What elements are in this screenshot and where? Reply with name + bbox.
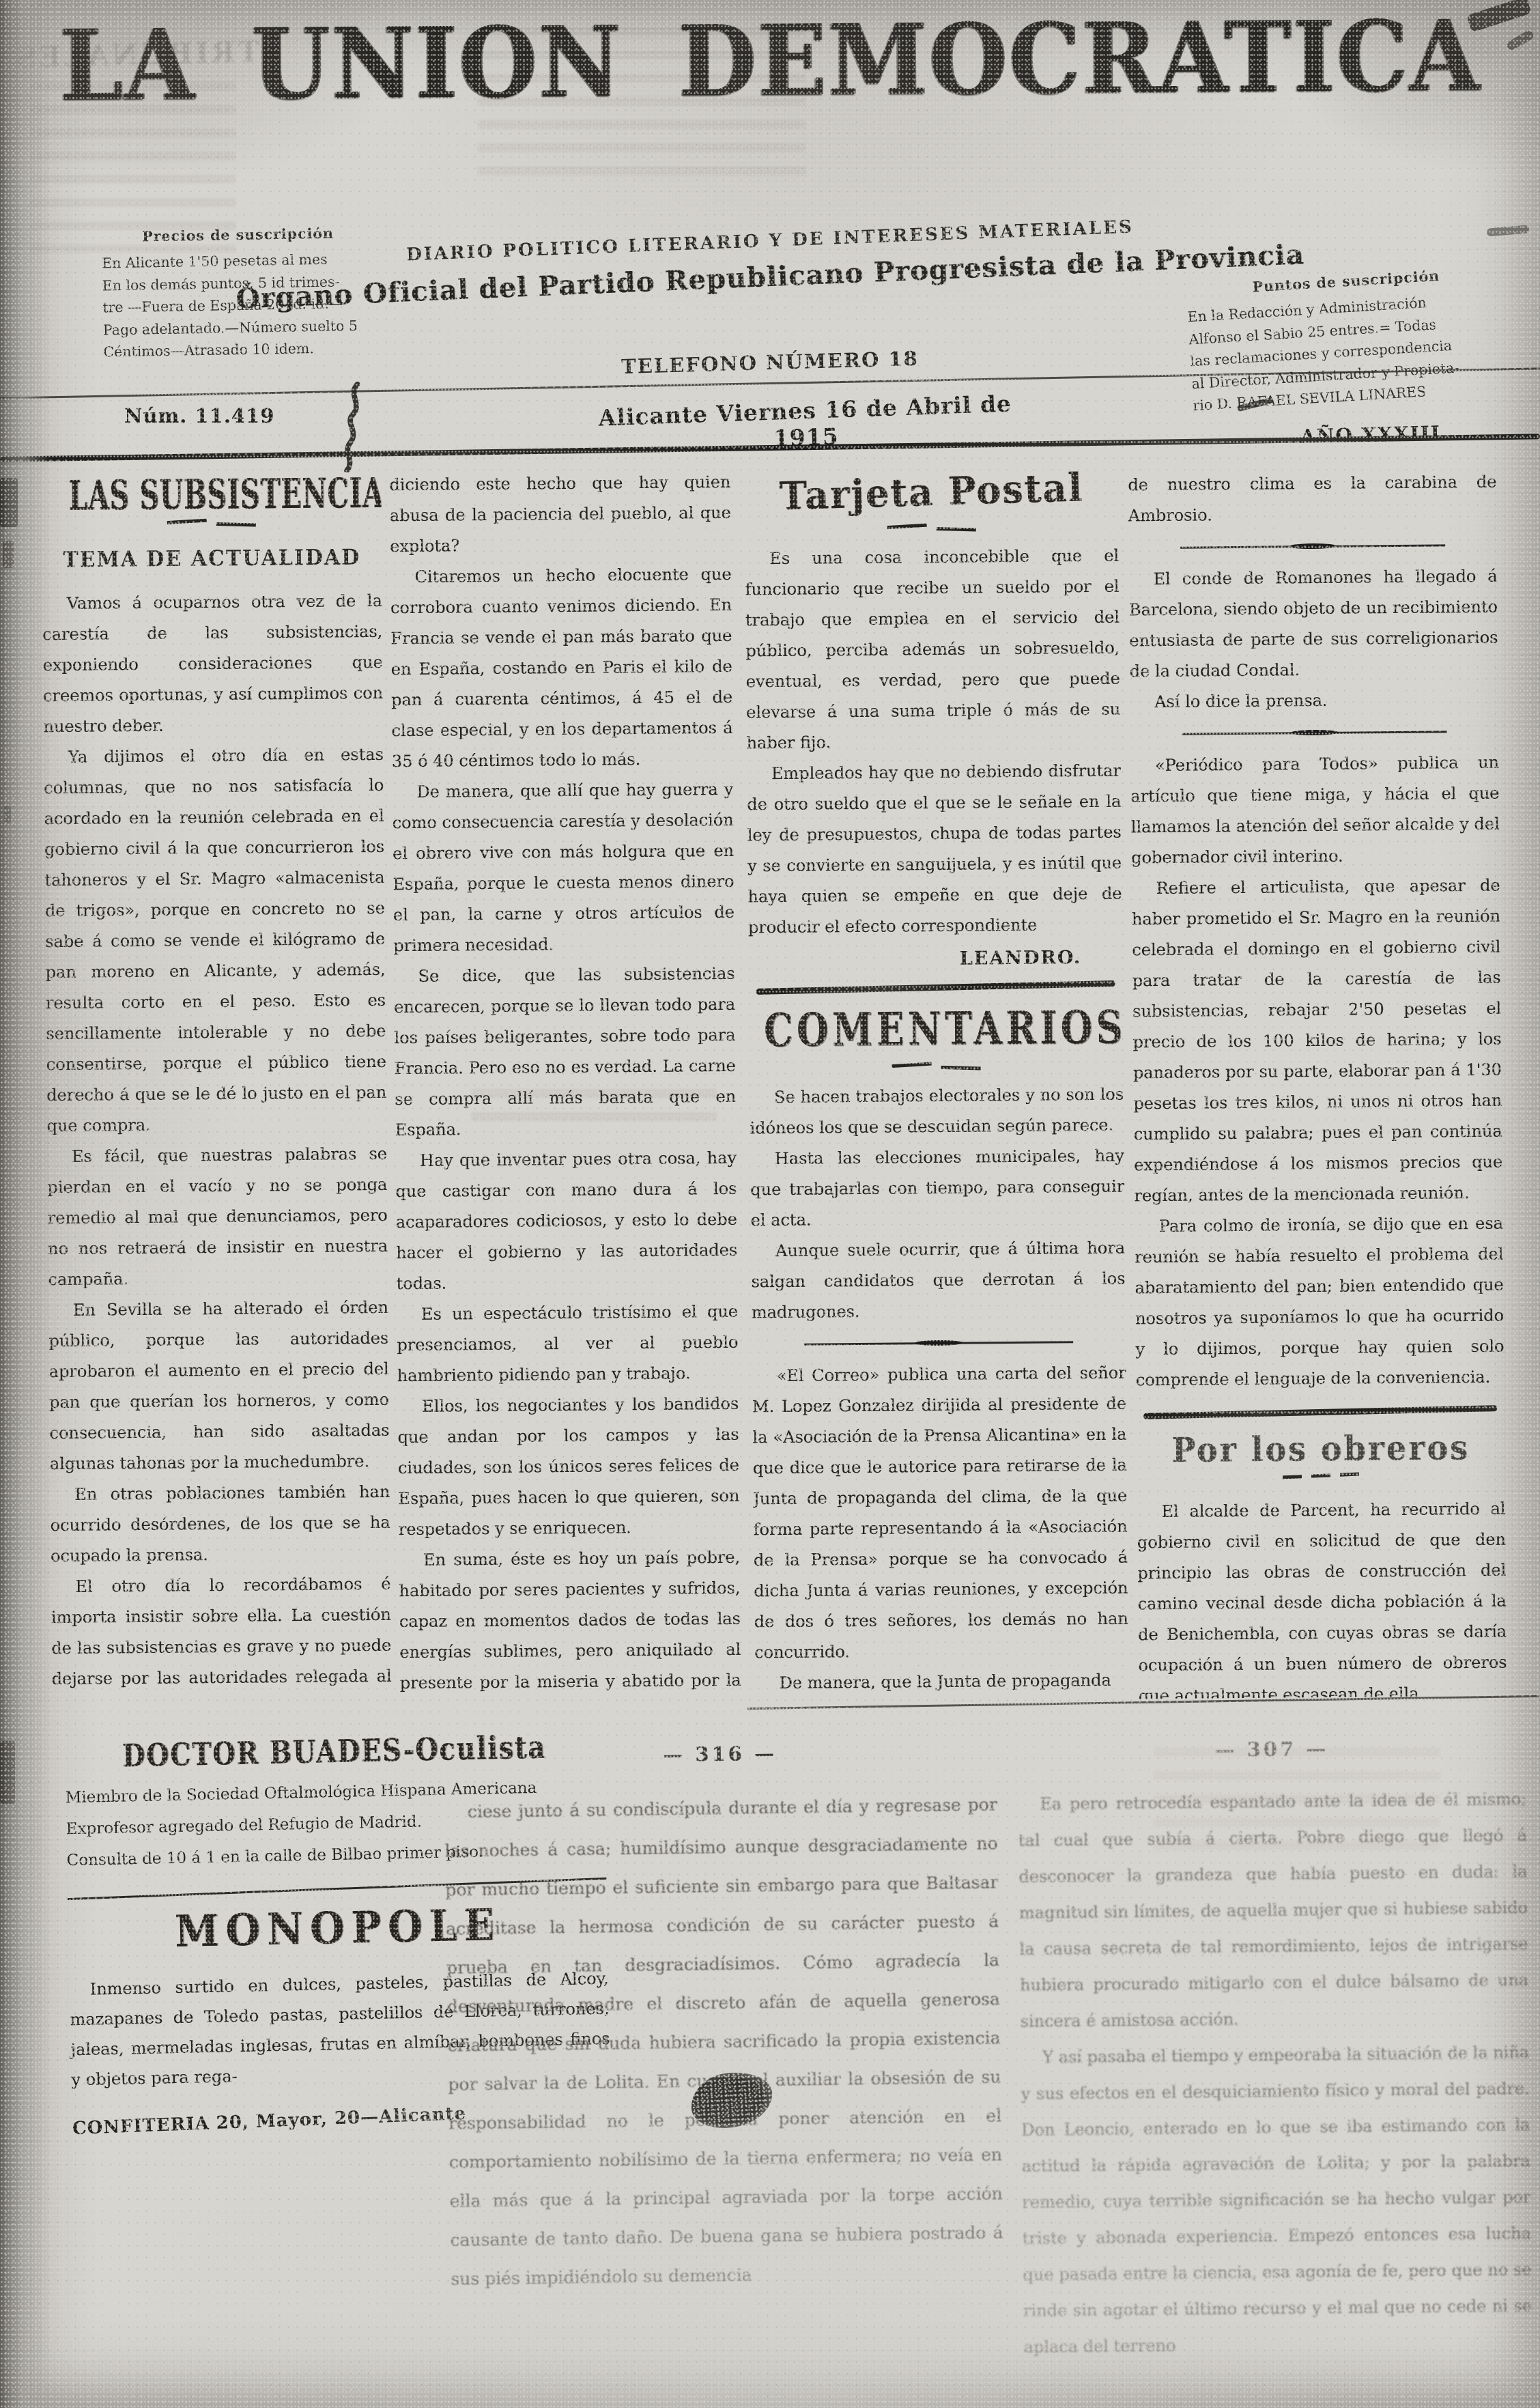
column-news-briefs: de nuestro clima es la carabina de Ambro… [1128, 467, 1507, 1699]
ink-squiggle [339, 380, 367, 473]
article-paragraph: En suma, éste es hoy un país pobre, habi… [399, 1542, 741, 1702]
book-gutter-shadow [0, 0, 51, 2408]
article-paragraph: Hay que inventar pues otra cosa, hay que… [395, 1143, 738, 1299]
section-rule-thick [756, 980, 1115, 995]
article-paragraph: De manera, que allí que hay guerra y com… [392, 774, 735, 961]
article-paragraph: Vamos á ocuparnos otra vez de la carestí… [42, 586, 384, 742]
newspaper-page: TRIBUNALES LA UNION DEMOCRATICA DIARIO P… [0, 0, 1540, 2408]
article-paragraph: Es un espectáculo tristísimo el que pres… [397, 1297, 739, 1391]
folletin-page-number: — 307 — [1017, 1735, 1526, 1763]
folletin-left-column: — 316 — ciese junto á su condiscípula du… [443, 1738, 1003, 2298]
divider-ornament [892, 1060, 981, 1073]
tarjeta-postal-headline: Tarjeta Postal [744, 467, 1119, 520]
article-paragraph: de nuestro clima es la carabina de Ambro… [1128, 467, 1497, 532]
article-paragraph: Ellos, los negociantes y los bandidos qu… [397, 1389, 740, 1545]
article-las-subsistencias-continued: diciendo este hecho que hay quien abusa … [389, 467, 741, 1702]
article-paragraph: «El Correo» publica una carta del señor … [752, 1358, 1128, 1669]
folletin-paragraph: ciese junto á su condiscípula durante el… [444, 1785, 1003, 2298]
article-headline: LAS SUBSISTENCIAS [68, 470, 354, 520]
article-paragraph: El conde de Romanones ha llegado á Barce… [1128, 561, 1498, 688]
article-paragraph: Ya dijimos el otro día en estas columnas… [44, 739, 387, 1142]
article-paragraph: Es fácil, que nuestras palabras se pierd… [47, 1139, 388, 1295]
article-paragraph: Hasta las elecciones municipales, hay qu… [750, 1141, 1125, 1236]
issue-number: Núm. 11.419 [124, 404, 274, 427]
article-signature: LEANDRO. [748, 947, 1122, 972]
lens-rule-ornament [1180, 541, 1446, 551]
folletin-right-column: — 307 — Ea pero retrocedía espantado ant… [1017, 1735, 1532, 2366]
subscription-points-box: Puntos de suscripción En la Redacción y … [1185, 261, 1513, 417]
lens-rule-ornament [804, 1337, 1074, 1348]
article-paragraph: Se hacen trabajos electorales y no son l… [750, 1079, 1124, 1144]
article-paragraph: diciendo este hecho que hay quien abusa … [389, 467, 731, 562]
article-paragraph: Empleados hay que no debiendo disfrutar … [747, 756, 1122, 944]
folletin-paragraph: Ea pero retrocedía espantado ante la ide… [1018, 1781, 1529, 2040]
edge-mark [0, 478, 18, 527]
dateline-year: AÑO XXXIII. [1300, 421, 1449, 448]
article-paragraph: Para colmo de ironía, se dijo que en esa… [1135, 1208, 1505, 1396]
comentarios-headline: COMENTARIOS [764, 1001, 1109, 1058]
edge-mark [4, 806, 11, 823]
divider-ornament [1283, 1473, 1359, 1479]
article-paragraph: Así lo dice la prensa. [1130, 684, 1498, 718]
article-paragraph: De manera, que la Junta de propaganda [754, 1665, 1128, 1699]
edge-mark [3, 541, 14, 568]
edge-mark [0, 1741, 15, 1804]
article-paragraph: Se dice, que las subsistencias encarecen… [393, 959, 736, 1146]
subscription-price-line: Céntimos—Atrasado 10 idem. [103, 336, 377, 363]
article-paragraph: Refiere el articulista, que apesar de ha… [1131, 870, 1502, 1212]
article-paragraph: Aunque suele ocurrir, que á última hora … [751, 1233, 1126, 1329]
folletin-paragraph: Y así pasaba el tiempo y empeoraba la si… [1021, 2035, 1532, 2366]
article-paragraph: Citaremos un hecho elocuente que corrobo… [390, 559, 733, 777]
article-paragraph: Es una cosa inconcebible que el funciona… [745, 541, 1121, 759]
article-paragraph: En Sevilla se ha alterado el órden públi… [48, 1292, 390, 1479]
por-los-obreros-headline: Por los obreros [1136, 1427, 1505, 1470]
article-paragraph: En otras poblaciones también han ocurrid… [50, 1477, 390, 1572]
article-paragraph: El alcalde de Parcent, ha recurrido al g… [1137, 1494, 1507, 1699]
subscription-prices-box: Precios de suscripción En Alicante 1'50 … [101, 222, 376, 363]
divider-ornament [167, 516, 256, 529]
divider-ornament [887, 521, 976, 534]
lens-rule-ornament [1182, 727, 1447, 737]
article-kicker: TEMA DE ACTUALIDAD [42, 545, 382, 573]
section-rule-thick [1143, 1405, 1497, 1419]
subscription-prices-title: Precios de suscripción [101, 222, 375, 249]
article-las-subsistencias: LAS SUBSISTENCIAS TEMA DE ACTUALIDAD Vam… [41, 467, 392, 1702]
column-tarjeta-comentarios: Tarjeta Postal Es una cosa inconcebible … [744, 467, 1129, 1723]
masthead-title: LA UNION DEMOCRATICA [27, 0, 1513, 124]
article-paragraph: «Periódico para Todos» publica un artícu… [1130, 748, 1500, 874]
article-paragraph: El otro día lo recordábamos é importa in… [51, 1569, 392, 1702]
